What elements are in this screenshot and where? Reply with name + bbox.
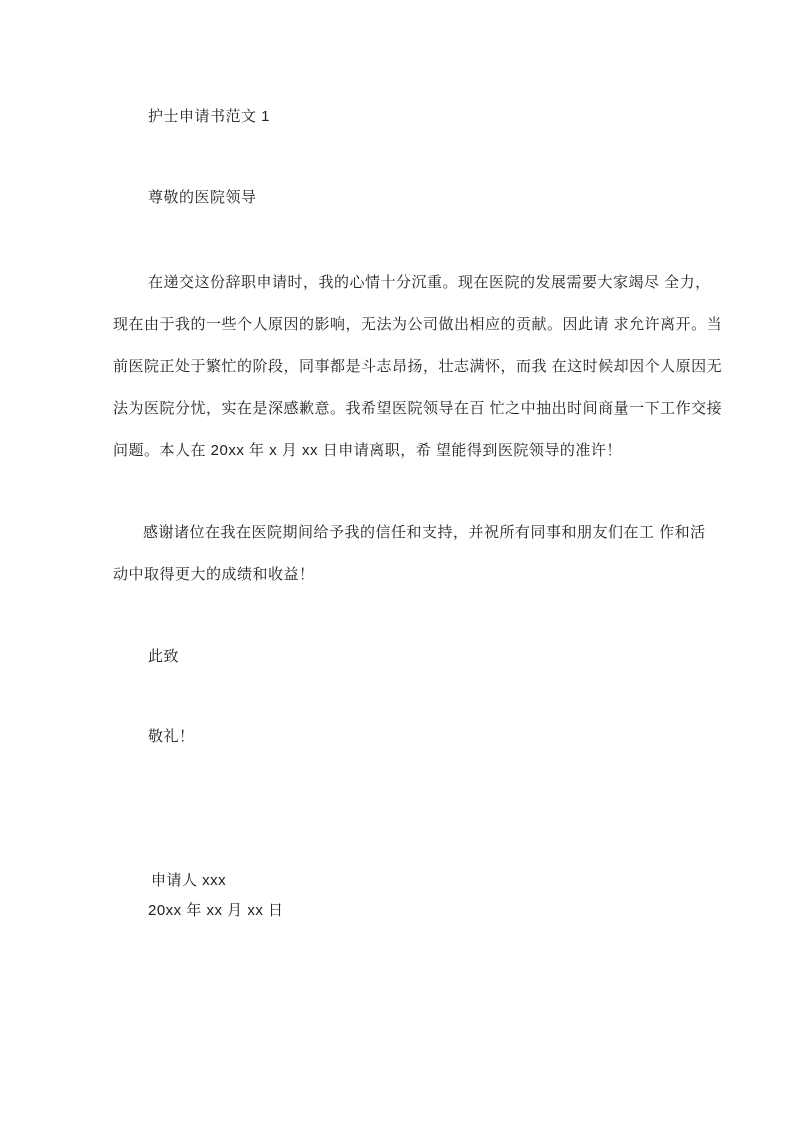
paragraph-2-line-1: 感谢诸位在我在医院期间给予我的信任和支持，并祝所有同事和朋友们在工 作和活: [143, 524, 706, 541]
paragraph-2-line-2: 动中取得更大的成绩和收益！: [113, 566, 315, 583]
signature-line: 申请人 xxx: [151, 872, 226, 889]
salute-line: 敬礼！: [148, 728, 195, 745]
paragraph-1-line-1: 在递交这份辞职申请时，我的心情十分沉重。现在医院的发展需要大家竭尽 全力，: [148, 274, 711, 291]
document-title: 护士申请书范文 1: [148, 108, 270, 125]
paragraph-1-line-4: 法为医院分忧，实在是深感歉意。我希望医院领导在百 忙之中抽出时间商量一下工作交接: [113, 400, 722, 417]
document-page: 护士申请书范文 1 尊敬的医院领导 在递交这份辞职申请时，我的心情十分沉重。现在…: [0, 0, 800, 1133]
paragraph-1-line-2: 现在由于我的一些个人原因的影响，无法为公司做出相应的贡献。因此请 求允许离开。当: [113, 316, 722, 333]
date-line: 20xx 年 xx 月 xx 日: [148, 902, 284, 919]
closing-line: 此致: [148, 648, 179, 665]
paragraph-1-line-3: 前医院正处于繁忙的阶段，同事都是斗志昂扬，壮志满怀，而我 在这时候却因个人原因无: [113, 358, 722, 375]
salutation-line: 尊敬的医院领导: [148, 189, 257, 206]
paragraph-1-line-5: 问题。本人在 20xx 年 x 月 xx 日申请离职，希 望能得到医院领导的准许…: [113, 442, 622, 459]
